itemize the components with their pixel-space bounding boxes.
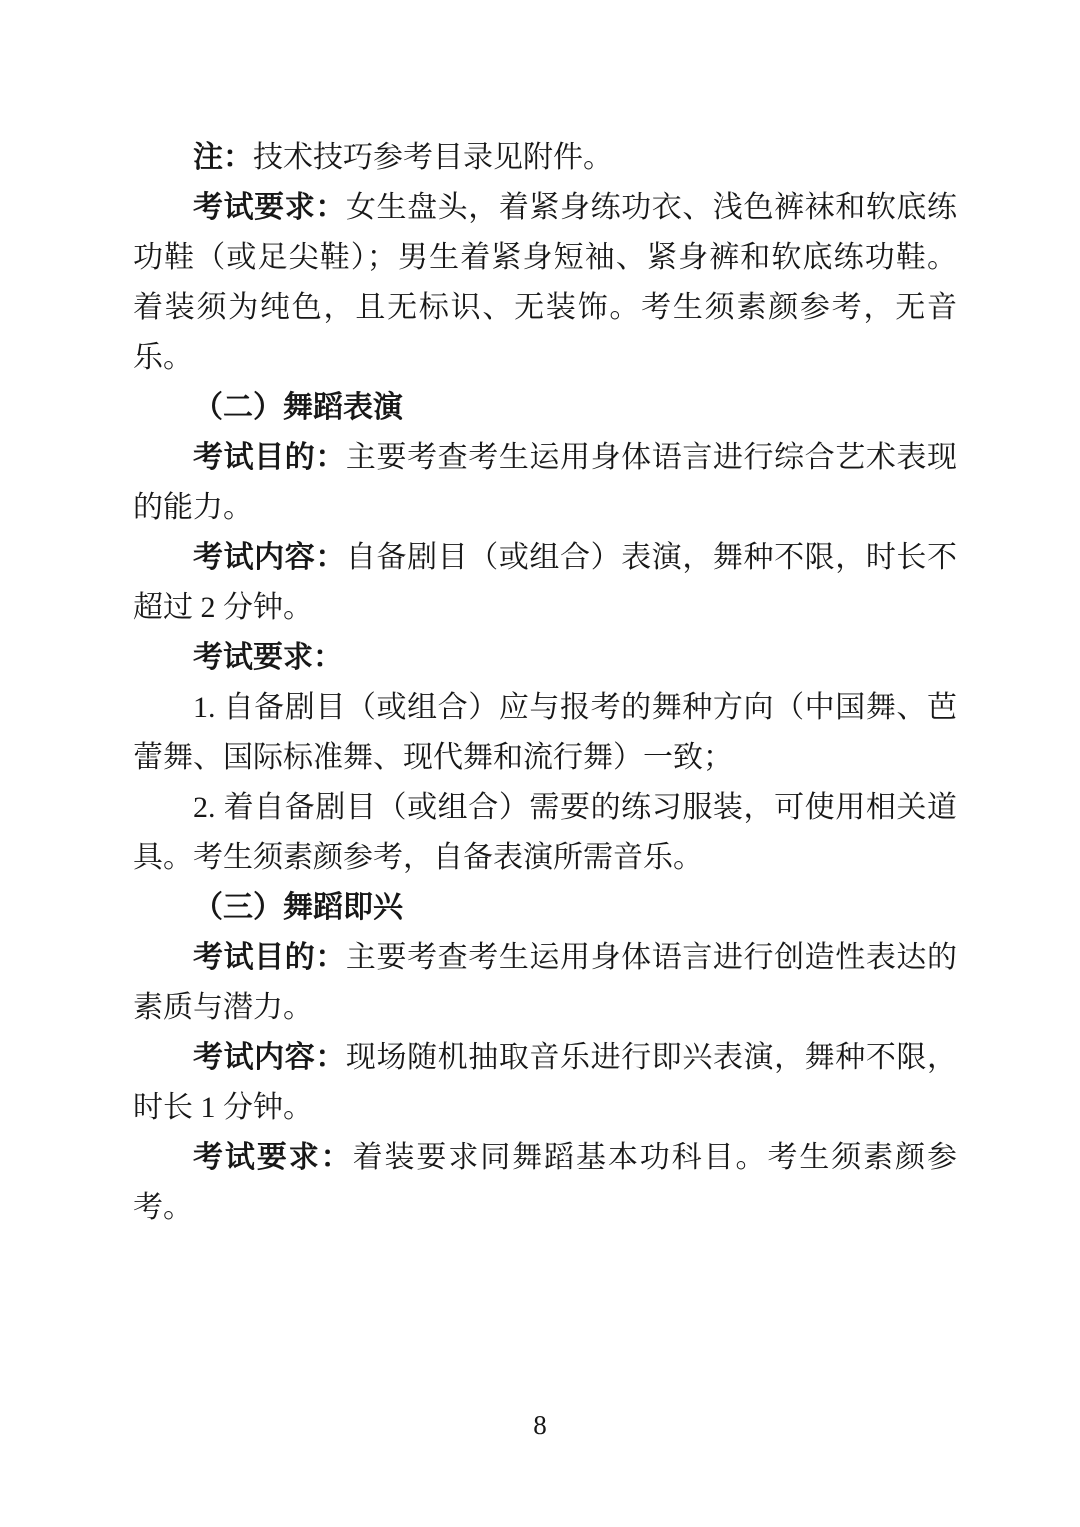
paragraph: 考试目的：主要考查考生运用身体语言进行创造性表达的素质与潜力。 [133,933,957,1033]
document-page: 注：技术技巧参考目录见附件。考试要求：女生盘头，着紧身练功衣、浅色裤袜和软底练功… [0,0,1080,1527]
page-number: 8 [0,1400,1080,1450]
document-body: 注：技术技巧参考目录见附件。考试要求：女生盘头，着紧身练功衣、浅色裤袜和软底练功… [133,133,957,1233]
paragraph-label: 考试要求： [193,641,343,674]
paragraph: 考试要求：着装要求同舞蹈基本功科目。考生须素颜参考。 [133,1133,957,1233]
section-heading: （三）舞蹈即兴 [133,883,957,933]
paragraph: 1. 自备剧目（或组合）应与报考的舞种方向（中国舞、芭蕾舞、国际标准舞、现代舞和… [133,683,957,783]
paragraph-label: 考试内容： [193,1041,346,1074]
paragraph: 2. 着自备剧目（或组合）需要的练习服装，可使用相关道具。考生须素颜参考，自备表… [133,783,957,883]
paragraph-label: 注： [193,141,253,174]
paragraph: 考试目的：主要考查考生运用身体语言进行综合艺术表现的能力。 [133,433,957,533]
paragraph-label: 考试目的： [193,941,346,974]
paragraph: 考试要求： [133,633,957,683]
paragraph: 考试内容：现场随机抽取音乐进行即兴表演，舞种不限，时长 1 分钟。 [133,1033,957,1133]
paragraph-label: 考试内容： [193,541,346,574]
paragraph: 考试内容：自备剧目（或组合）表演，舞种不限，时长不超过 2 分钟。 [133,533,957,633]
paragraph-label: 考试要求： [193,191,346,224]
paragraph: 注：技术技巧参考目录见附件。 [133,133,957,183]
section-heading: （二）舞蹈表演 [133,383,957,433]
paragraph: 考试要求：女生盘头，着紧身练功衣、浅色裤袜和软底练功鞋（或足尖鞋）；男生着紧身短… [133,183,957,383]
paragraph-label: 考试目的： [193,441,346,474]
paragraph-label: 考试要求： [193,1141,353,1174]
